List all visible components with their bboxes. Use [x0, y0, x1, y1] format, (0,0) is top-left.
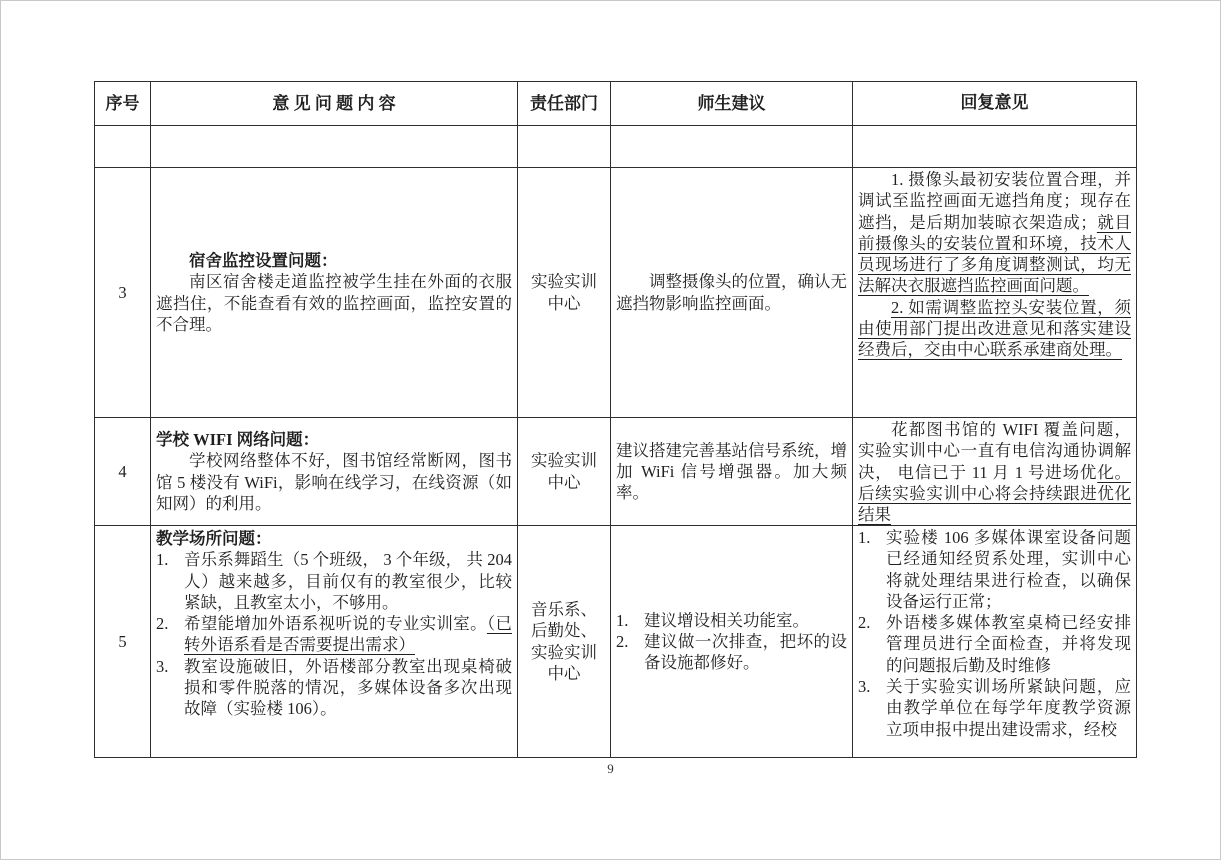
department-text: 实验实训中心 — [523, 271, 605, 314]
paragraph: 1. 摄像头最初安装位置合理，并调试至监控画面无遮挡角度；现存在遮挡，是后期加装… — [858, 169, 1131, 297]
cell-heading: 宿舍监控设置问题： — [156, 250, 512, 271]
header-content: 意 见 问 题 内 容 — [151, 82, 518, 125]
underlined-text: 2. 如需调整监控头安装位置，须由使用部门提出改进意见和落实建设经费后，交由中心… — [858, 298, 1131, 360]
list-item-text: 建议增设相关功能室。 — [644, 610, 847, 631]
department-text: 音乐系、后勤处、实验实训中心 — [523, 599, 605, 684]
text-segment: 关于实验实训场所紧缺问题，应由教学单位在每学年度教学资源立项申报中提出建设需求，… — [886, 677, 1131, 739]
suggestion-cell: 1.建议增设相关功能室。2.建议做一次排查，把坏的设备设施都修好。 — [611, 526, 853, 757]
suggestion-cell: 建议搭建完善基站信号系统，增加 WiFi 信号增强器。加大频率。 — [611, 418, 853, 525]
list-number: 1. — [156, 549, 184, 613]
text-segment: 学校网络整体不好，图书馆经常断网，图书馆 5 楼没有 WiFi，影响在线学习，在… — [156, 451, 512, 513]
content-cell: 宿舍监控设置问题：南区宿舍楼走道监控被学生挂在外面的衣服遮挡住，不能查看有效的监… — [151, 168, 518, 417]
cell-heading: 教学场所问题： — [156, 528, 512, 549]
text-segment: 教室设施破旧，外语楼部分教室出现桌椅破损和零件脱落的情况，多媒体设备多次出现故障… — [184, 657, 512, 719]
suggestion-cell: 调整摄像头的位置，确认无遮挡物影响监控画面。 — [611, 168, 853, 417]
text-segment: 建议搭建完善基站信号系统，增加 WiFi 信号增强器。加大频率。 — [616, 441, 847, 503]
list-number: 2. — [616, 631, 644, 674]
paragraph: 南区宿舍楼走道监控被学生挂在外面的衣服遮挡住，不能查看有效的监控画面，监控安置的… — [156, 271, 512, 335]
list-item-text: 建议做一次排查，把坏的设备设施都修好。 — [644, 631, 847, 674]
text-segment: 音乐系舞蹈生（5 个班级， 3 个年级， 共 204 人）越来越多，目前仅有的教… — [184, 550, 512, 612]
serial-cell: 4 — [95, 418, 151, 525]
list-item: 3.关于实验实训场所紧缺问题，应由教学单位在每学年度教学资源立项申报中提出建设需… — [858, 676, 1131, 740]
list-number: 3. — [858, 676, 886, 740]
list-item: 2.希望能增加外语系视听说的专业实训室。（已转外语系看是否需要提出需求） — [156, 613, 512, 656]
text-segment: 希望能增加外语系视听说的专业实训室。 — [184, 614, 487, 633]
list-item: 1.建议增设相关功能室。 — [616, 610, 847, 631]
reply-cell: 1.实验楼 106 多媒体课室设备问题已经通知经贸系处理，实训中心将就处理结果进… — [853, 526, 1136, 757]
department-text: 实验实训中心 — [523, 450, 605, 493]
department-cell — [518, 126, 611, 167]
paragraph: 调整摄像头的位置，确认无遮挡物影响监控画面。 — [616, 271, 847, 314]
list-number: 1. — [858, 527, 886, 612]
content-cell — [151, 126, 518, 167]
text-segment: 建议增设相关功能室。 — [644, 611, 809, 630]
table-row — [95, 126, 1136, 168]
list-item: 1.实验楼 106 多媒体课室设备问题已经通知经贸系处理，实训中心将就处理结果进… — [858, 527, 1131, 612]
list-item-text: 关于实验实训场所紧缺问题，应由教学单位在每学年度教学资源立项申报中提出建设需求，… — [886, 676, 1131, 740]
list-number: 2. — [858, 612, 886, 676]
text-segment: 实验楼 106 多媒体课室设备问题已经通知经贸系处理，实训中心将就处理结果进行检… — [886, 528, 1131, 611]
reply-cell — [853, 126, 1136, 167]
document-page: 序号 意 见 问 题 内 容 责任部门 师生建议 回复意见 3宿舍监控设置问题：… — [0, 0, 1221, 860]
paragraph: 2. 如需调整监控头安装位置，须由使用部门提出改进意见和落实建设经费后，交由中心… — [858, 297, 1131, 361]
text-segment: 花都图书馆的 WIFI 覆盖问题，实验实训中心一直有电信沟通协调解决， 电信已于… — [858, 420, 1131, 482]
text-segment: 外语楼多媒体教室桌椅已经安排管理员进行全面检查，并将发现的问题报后勤及时维修 — [886, 613, 1131, 675]
list-item: 3.教室设施破旧，外语楼部分教室出现桌椅破损和零件脱落的情况，多媒体设备多次出现… — [156, 656, 512, 720]
paragraph: 花都图书馆的 WIFI 覆盖问题，实验实训中心一直有电信沟通协调解决， 电信已于… — [858, 419, 1131, 525]
page-number: 9 — [1, 761, 1220, 777]
text-segment: 南区宿舍楼走道监控被学生挂在外面的衣服遮挡住，不能查看有效的监控画面，监控安置的… — [156, 272, 512, 334]
list-item-text: 希望能增加外语系视听说的专业实训室。（已转外语系看是否需要提出需求） — [184, 613, 512, 656]
list-item-text: 教室设施破旧，外语楼部分教室出现桌椅破损和零件脱落的情况，多媒体设备多次出现故障… — [184, 656, 512, 720]
list-number: 3. — [156, 656, 184, 720]
reply-cell: 1. 摄像头最初安装位置合理，并调试至监控画面无遮挡角度；现存在遮挡，是后期加装… — [853, 168, 1136, 417]
table-row: 4学校 WIFI 网络问题：学校网络整体不好，图书馆经常断网，图书馆 5 楼没有… — [95, 418, 1136, 526]
department-cell: 音乐系、后勤处、实验实训中心 — [518, 526, 611, 757]
paragraph: 建议搭建完善基站信号系统，增加 WiFi 信号增强器。加大频率。 — [616, 440, 847, 504]
text-segment: 1. 摄像头最初安装位置合理，并调试至监控画面无遮挡角度；现存在遮挡，是后期加装… — [858, 170, 1131, 232]
list-number: 2. — [156, 613, 184, 656]
table-row: 5教学场所问题：1.音乐系舞蹈生（5 个班级， 3 个年级， 共 204 人）越… — [95, 526, 1136, 757]
list-item: 2.外语楼多媒体教室桌椅已经安排管理员进行全面检查，并将发现的问题报后勤及时维修 — [858, 612, 1131, 676]
header-serial: 序号 — [95, 82, 151, 125]
list-item-text: 实验楼 106 多媒体课室设备问题已经通知经贸系处理，实训中心将就处理结果进行检… — [886, 527, 1131, 612]
table-header-row: 序号 意 见 问 题 内 容 责任部门 师生建议 回复意见 — [95, 82, 1136, 126]
table-body: 3宿舍监控设置问题：南区宿舍楼走道监控被学生挂在外面的衣服遮挡住，不能查看有效的… — [95, 126, 1136, 757]
paragraph: 学校网络整体不好，图书馆经常断网，图书馆 5 楼没有 WiFi，影响在线学习，在… — [156, 450, 512, 514]
list-item-text: 音乐系舞蹈生（5 个班级， 3 个年级， 共 204 人）越来越多，目前仅有的教… — [184, 549, 512, 613]
department-cell: 实验实训中心 — [518, 418, 611, 525]
header-reply: 回复意见 — [853, 82, 1136, 125]
serial-cell — [95, 126, 151, 167]
suggestion-cell — [611, 126, 853, 167]
serial-cell: 5 — [95, 526, 151, 757]
content-cell: 教学场所问题：1.音乐系舞蹈生（5 个班级， 3 个年级， 共 204 人）越来… — [151, 526, 518, 757]
serial-cell: 3 — [95, 168, 151, 417]
header-department: 责任部门 — [518, 82, 611, 125]
header-suggestion: 师生建议 — [611, 82, 853, 125]
table-row: 3宿舍监控设置问题：南区宿舍楼走道监控被学生挂在外面的衣服遮挡住，不能查看有效的… — [95, 168, 1136, 418]
feedback-table: 序号 意 见 问 题 内 容 责任部门 师生建议 回复意见 3宿舍监控设置问题：… — [94, 81, 1137, 758]
text-segment: 调整摄像头的位置，确认无遮挡物影响监控画面。 — [616, 272, 847, 312]
reply-cell: 花都图书馆的 WIFI 覆盖问题，实验实训中心一直有电信沟通协调解决， 电信已于… — [853, 418, 1136, 525]
content-cell: 学校 WIFI 网络问题：学校网络整体不好，图书馆经常断网，图书馆 5 楼没有 … — [151, 418, 518, 525]
list-number: 1. — [616, 610, 644, 631]
cell-heading: 学校 WIFI 网络问题： — [156, 429, 512, 450]
list-item-text: 外语楼多媒体教室桌椅已经安排管理员进行全面检查，并将发现的问题报后勤及时维修 — [886, 612, 1131, 676]
text-segment: 建议做一次排查，把坏的设备设施都修好。 — [644, 632, 847, 672]
list-item: 1.音乐系舞蹈生（5 个班级， 3 个年级， 共 204 人）越来越多，目前仅有… — [156, 549, 512, 613]
department-cell: 实验实训中心 — [518, 168, 611, 417]
list-item: 2.建议做一次排查，把坏的设备设施都修好。 — [616, 631, 847, 674]
